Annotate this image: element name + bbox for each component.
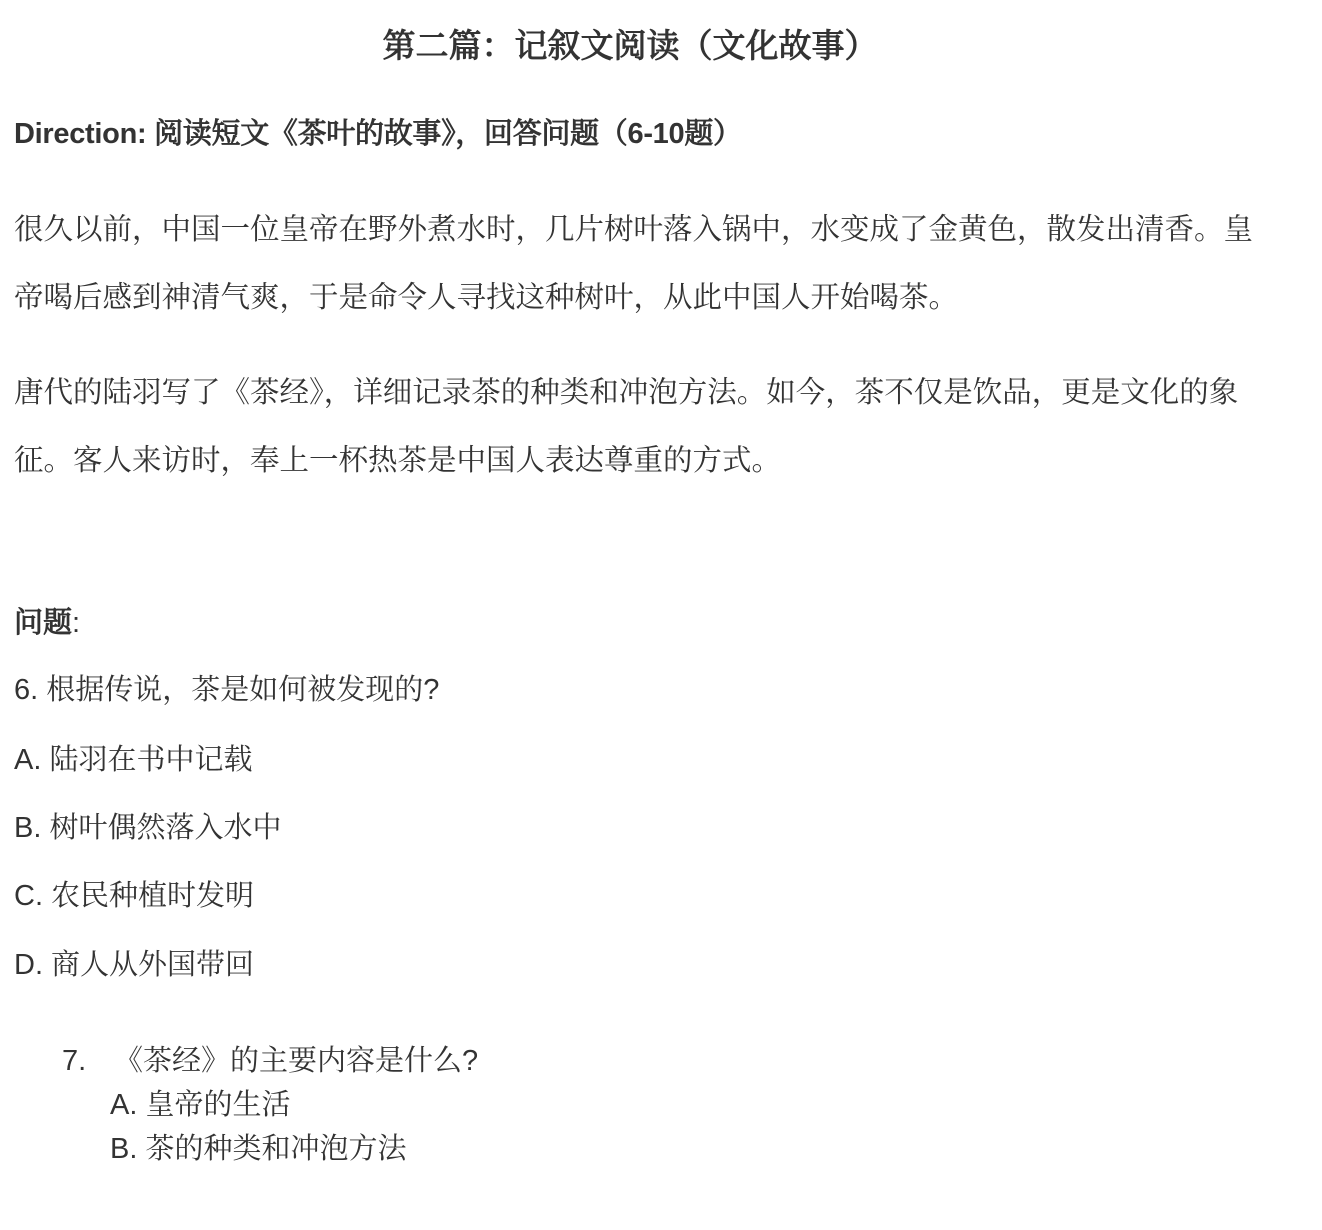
direction-text: Direction: 阅读短文《茶叶的故事》，回答问题（6-10题） — [14, 112, 742, 156]
question-7-number: 7. — [62, 1039, 114, 1083]
question-6-option-c: C. 农民种植时发明 — [14, 874, 254, 918]
section-title: 第二篇：记叙文阅读（文化故事） — [0, 22, 1260, 70]
question-7: 7.《茶经》的主要内容是什么? — [62, 1039, 478, 1083]
question-6-option-b: B. 树叶偶然落入水中 — [14, 806, 281, 850]
question-7-text: 《茶经》的主要内容是什么? — [114, 1045, 478, 1077]
questions-heading: 问题: — [14, 601, 80, 645]
question-6-text: 根据传说，茶是如何被发现的? — [46, 674, 439, 706]
passage-paragraph-1: 很久以前，中国一位皇帝在野外煮水时，几片树叶落入锅中，水变成了金黄色，散发出清香… — [14, 196, 1274, 332]
question-6-option-d: D. 商人从外国带回 — [14, 943, 254, 987]
question-7-option-b: B. 茶的种类和冲泡方法 — [110, 1127, 406, 1171]
question-6-option-a: A. 陆羽在书中记载 — [14, 738, 252, 782]
question-6-number: 6. — [14, 674, 38, 706]
question-6: 6. 根据传说，茶是如何被发现的? — [14, 668, 439, 712]
questions-heading-colon: : — [72, 607, 80, 639]
questions-heading-text: 问题 — [14, 607, 72, 639]
passage-paragraph-2: 唐代的陆羽写了《茶经》，详细记录茶的种类和冲泡方法。如今，茶不仅是饮品，更是文化… — [14, 359, 1274, 495]
question-7-option-a: A. 皇帝的生活 — [110, 1083, 290, 1127]
